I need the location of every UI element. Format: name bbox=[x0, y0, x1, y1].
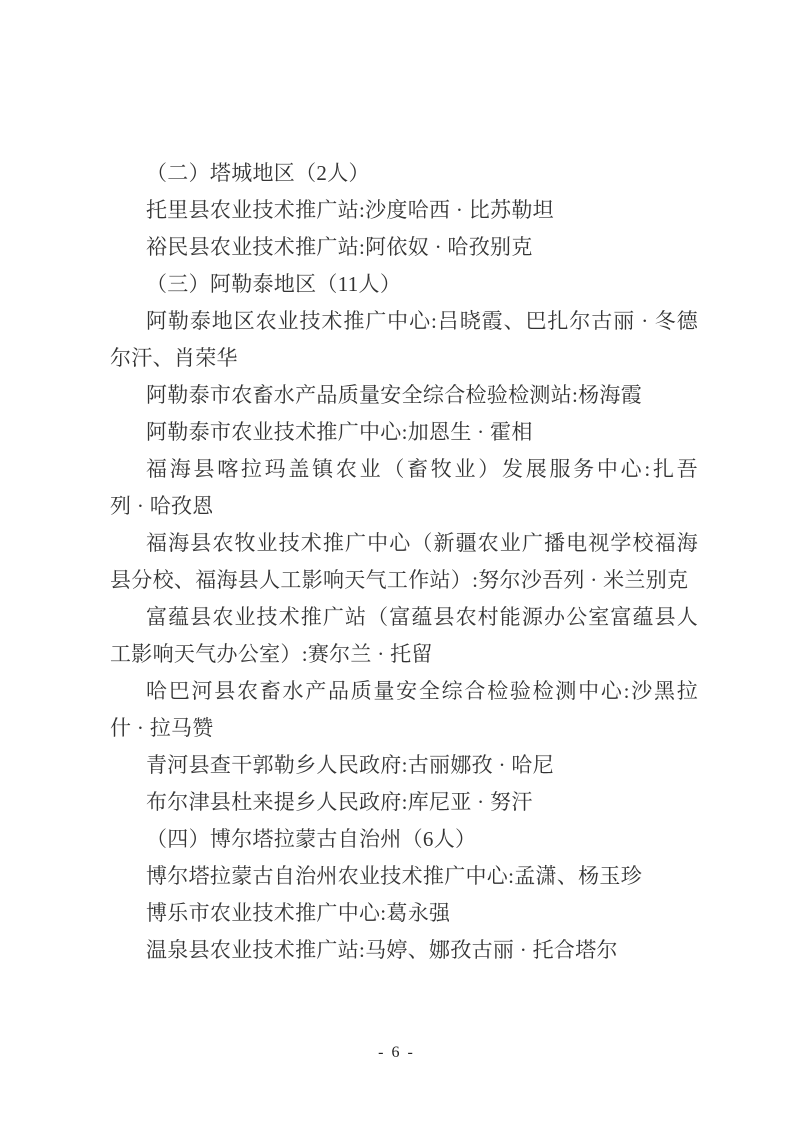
roster-entry: 温泉县农业技术推广站:马婷、娜孜古丽 · 托合塔尔 bbox=[110, 932, 698, 969]
document-page: （二）塔城地区（2人）托里县农业技术推广站:沙度哈西 · 比苏勒坦裕民县农业技术… bbox=[0, 0, 793, 1121]
document-body: （二）塔城地区（2人）托里县农业技术推广站:沙度哈西 · 比苏勒坦裕民县农业技术… bbox=[110, 155, 698, 969]
roster-entry: 阿勒泰市农业技术推广中心:加恩生 · 霍相 bbox=[110, 414, 698, 451]
section-heading: （二）塔城地区（2人） bbox=[110, 155, 698, 192]
roster-entry: 富蕴县农业技术推广站（富蕴县农村能源办公室富蕴县人工影响天气办公室）:赛尔兰 ·… bbox=[110, 599, 698, 673]
page-footer: - 6 - bbox=[0, 1044, 793, 1062]
roster-entry: 布尔津县杜来提乡人民政府:库尼亚 · 努汗 bbox=[110, 784, 698, 821]
roster-entry: 青河县查干郭勒乡人民政府:古丽娜孜 · 哈尼 bbox=[110, 747, 698, 784]
page-number: - 6 - bbox=[378, 1044, 415, 1061]
roster-entry: 博尔塔拉蒙古自治州农业技术推广中心:孟潇、杨玉珍 bbox=[110, 858, 698, 895]
section-heading: （三）阿勒泰地区（11人） bbox=[110, 266, 698, 303]
roster-entry: 裕民县农业技术推广站:阿依奴 · 哈孜别克 bbox=[110, 229, 698, 266]
roster-entry: 哈巴河县农畜水产品质量安全综合检验检测中心:沙黑拉什 · 拉马赞 bbox=[110, 673, 698, 747]
roster-entry: 福海县喀拉玛盖镇农业（畜牧业）发展服务中心:扎吾列 · 哈孜恩 bbox=[110, 451, 698, 525]
roster-entry: 托里县农业技术推广站:沙度哈西 · 比苏勒坦 bbox=[110, 192, 698, 229]
roster-entry: 博乐市农业技术推广中心:葛永强 bbox=[110, 895, 698, 932]
roster-entry: 阿勒泰市农畜水产品质量安全综合检验检测站:杨海霞 bbox=[110, 377, 698, 414]
roster-entry: 阿勒泰地区农业技术推广中心:吕晓霞、巴扎尔古丽 · 冬德尔汗、肖荣华 bbox=[110, 303, 698, 377]
section-heading: （四）博尔塔拉蒙古自治州（6人） bbox=[110, 821, 698, 858]
roster-entry: 福海县农牧业技术推广中心（新疆农业广播电视学校福海县分校、福海县人工影响天气工作… bbox=[110, 525, 698, 599]
